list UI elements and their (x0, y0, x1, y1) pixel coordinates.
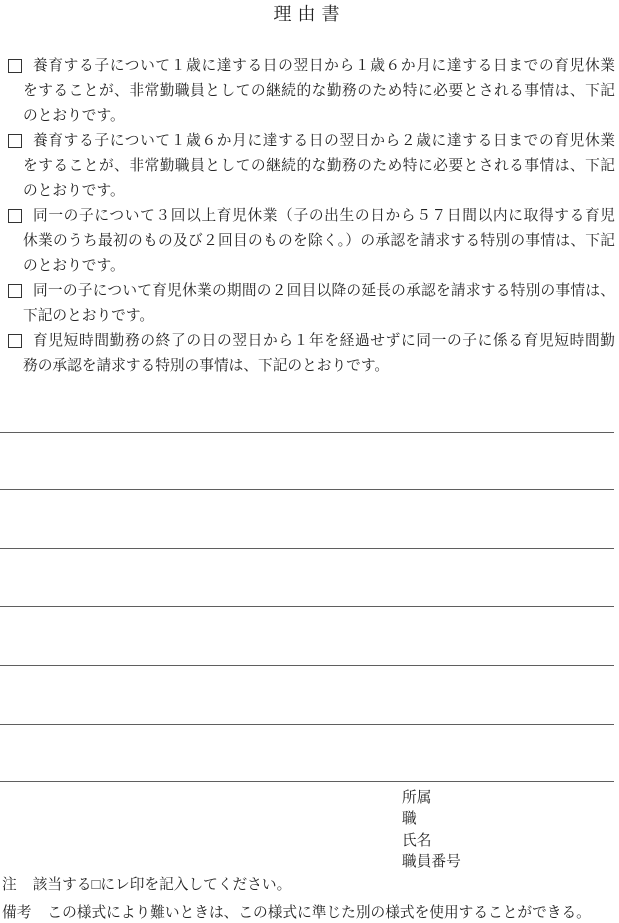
item-5-line-2: 務の承認を請求する特別の事情は、下記のとおりです。 (8, 354, 615, 379)
item-2-line-3: のとおりです。 (8, 179, 615, 204)
reason-write-line-7[interactable] (0, 781, 614, 782)
checkbox-item-2: 養育する子について１歳６か月に達する日の翌日から２歳に達する日までの育児休業 を… (8, 129, 615, 204)
remarks-row: 備考この様式により難いときは、この様式に準じた別の様式を使用することができる。 (2, 901, 591, 923)
reason-write-line-4[interactable] (0, 606, 614, 607)
reason-write-line-5[interactable] (0, 665, 614, 666)
item-2-line-1: 養育する子について１歳６か月に達する日の翌日から２歳に達する日までの育児休業 (8, 129, 615, 154)
reason-write-line-3[interactable] (0, 548, 614, 549)
item-1-line-3: のとおりです。 (8, 104, 615, 129)
checkbox-item-4: 同一の子について育児休業の期間の２回目以降の延長の承認を請求する特別の事情は、 … (8, 279, 615, 329)
checkbox-item-1: 養育する子について１歳に達する日の翌日から１歳６か月に達する日までの育児休業 を… (8, 54, 615, 129)
item-1-line-1: 養育する子について１歳に達する日の翌日から１歳６か月に達する日までの育児休業 (8, 54, 615, 79)
item-3-line-2: 休業のうち最初のもの及び２回目のものを除く。）の承認を請求する特別の事情は、下記 (8, 229, 615, 254)
signature-label-affiliation: 所属 (402, 788, 461, 809)
note-row: 注該当する□にレ印を記入してください。 (2, 873, 291, 898)
note-label: 注 (2, 877, 17, 893)
document-title: 理由書 (0, 1, 619, 27)
item-5-line-1: 育児短時間勤務の終了の日の翌日から１年を経過せずに同一の子に係る育児短時間勤 (8, 329, 615, 354)
checkbox-5[interactable] (8, 334, 22, 348)
item-3-line-3: のとおりです。 (8, 254, 615, 279)
item-2-line-2: をすることが、非常勤職員としての継続的な勤務のため特に必要とされる事情は、下記 (8, 154, 615, 179)
signature-block: 所属 職 氏名 職員番号 (402, 788, 461, 873)
remarks-text: この様式により難いときは、この様式に準じた別の様式を使用することができる。 (47, 905, 590, 921)
checkbox-item-5: 育児短時間勤務の終了の日の翌日から１年を経過せずに同一の子に係る育児短時間勤 務… (8, 329, 615, 379)
signature-label-position: 職 (402, 809, 461, 830)
checkbox-3[interactable] (8, 209, 22, 223)
reason-write-line-1[interactable] (0, 432, 614, 433)
item-4-line-2: 下記のとおりです。 (8, 304, 615, 329)
reason-write-line-6[interactable] (0, 724, 614, 725)
checkbox-list: 養育する子について１歳に達する日の翌日から１歳６か月に達する日までの育児休業 を… (8, 54, 615, 379)
checkbox-4[interactable] (8, 284, 22, 298)
signature-label-staff-number: 職員番号 (402, 852, 461, 873)
item-4-line-1: 同一の子について育児休業の期間の２回目以降の延長の承認を請求する特別の事情は、 (8, 279, 615, 304)
checkbox-1[interactable] (8, 59, 22, 73)
remarks-label: 備考 (2, 905, 31, 921)
item-1-line-2: をすることが、非常勤職員としての継続的な勤務のため特に必要とされる事情は、下記 (8, 79, 615, 104)
reason-write-line-2[interactable] (0, 489, 614, 490)
checkbox-item-3: 同一の子について３回以上育児休業（子の出生の日から５７日間以内に取得する育児 休… (8, 204, 615, 279)
note-text: 該当する□にレ印を記入してください。 (33, 877, 292, 893)
item-3-line-1: 同一の子について３回以上育児休業（子の出生の日から５７日間以内に取得する育児 (8, 204, 615, 229)
signature-label-name: 氏名 (402, 831, 461, 852)
checkbox-2[interactable] (8, 134, 22, 148)
